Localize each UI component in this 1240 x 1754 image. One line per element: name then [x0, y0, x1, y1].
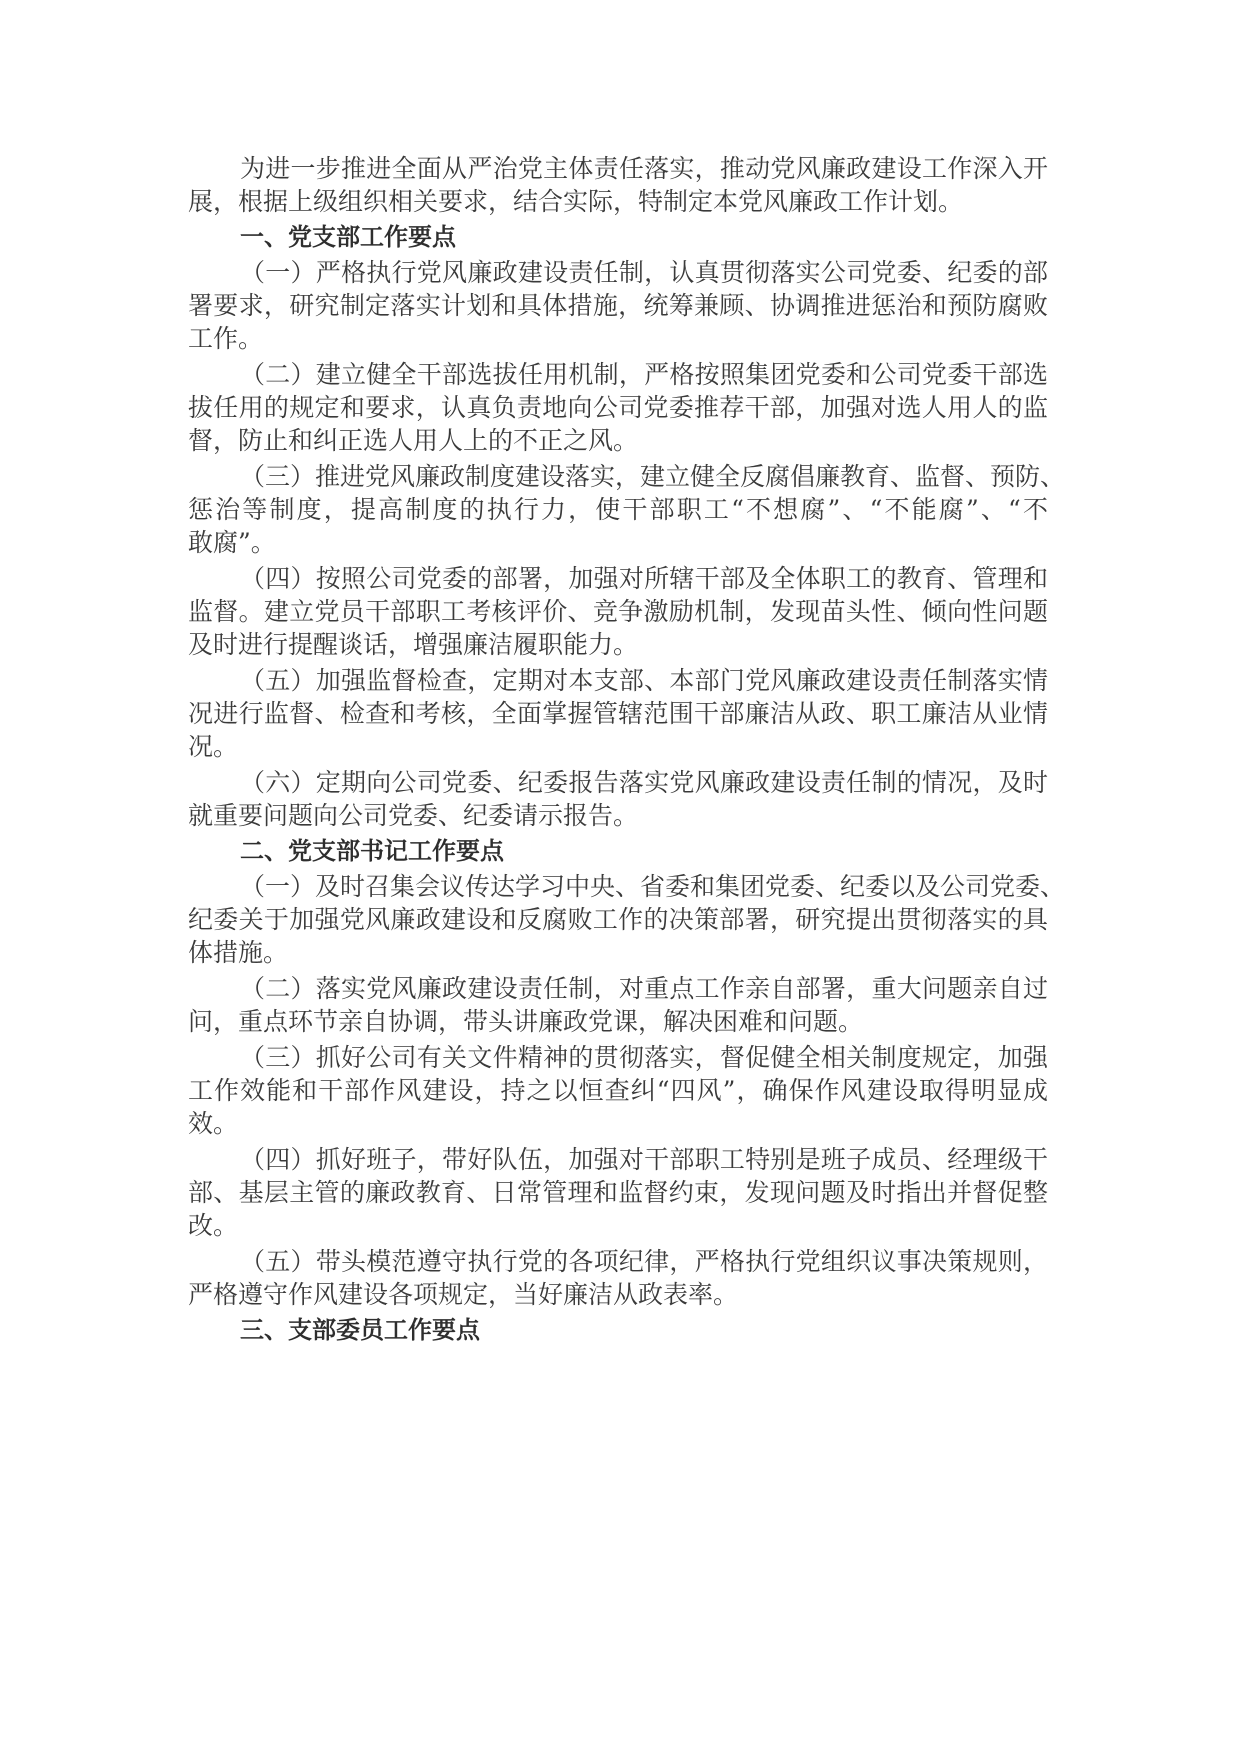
section2-item-3: （三）抓好公司有关文件精神的贯彻落实，督促健全相关制度规定，加强 工作效能和干部… [188, 1041, 1048, 1140]
heading-text: 一、党支部工作要点 [188, 221, 1048, 254]
text-line: 体措施。 [188, 936, 1048, 969]
text-line: 督，防止和纠正选人用人上的不正之风。 [188, 424, 1048, 457]
text-line: 敢腐”。 [188, 526, 1048, 559]
text-line: 效。 [188, 1107, 1048, 1140]
section1-item-3: （三）推进党风廉政制度建设落实，建立健全反腐倡廉教育、监督、预防、 惩治等制度，… [188, 460, 1048, 559]
text-line: （三）推进党风廉政制度建设落实，建立健全反腐倡廉教育、监督、预防、 [188, 460, 1048, 493]
text-line: 及时进行提醒谈话，增强廉洁履职能力。 [188, 628, 1048, 661]
intro-paragraph: 为进一步推进全面从严治党主体责任落实，推动党风廉政建设工作深入开 展，根据上级组… [188, 152, 1048, 218]
section2-item-2: （二）落实党风廉政建设责任制，对重点工作亲自部署，重大问题亲自过 问，重点环节亲… [188, 972, 1048, 1038]
text-line: 况进行监督、检查和考核，全面掌握管辖范围干部廉洁从政、职工廉洁从业情 [188, 697, 1048, 730]
text-line: （四）抓好班子，带好队伍，加强对干部职工特别是班子成员、经理级干 [188, 1143, 1048, 1176]
section1-item-4: （四）按照公司党委的部署，加强对所辖干部及全体职工的教育、管理和 监督。建立党员… [188, 562, 1048, 661]
section-heading-3: 三、支部委员工作要点 [188, 1314, 1048, 1347]
section2-item-5: （五）带头模范遵守执行党的各项纪律，严格执行党组织议事决策规则， 严格遵守作风建… [188, 1245, 1048, 1311]
section1-item-6: （六）定期向公司党委、纪委报告落实党风廉政建设责任制的情况，及时 就重要问题向公… [188, 766, 1048, 832]
text-line: 问，重点环节亲自协调，带头讲廉政党课，解决困难和问题。 [188, 1005, 1048, 1038]
text-line: 工作效能和干部作风建设，持之以恒查纠“四风”，确保作风建设取得明显成 [188, 1074, 1048, 1107]
text-line: （五）加强监督检查，定期对本支部、本部门党风廉政建设责任制落实情 [188, 664, 1048, 697]
text-line: 为进一步推进全面从严治党主体责任落实，推动党风廉政建设工作深入开 [188, 152, 1048, 185]
text-line: （一）严格执行党风廉政建设责任制，认真贯彻落实公司党委、纪委的部 [188, 256, 1048, 289]
text-line: 纪委关于加强党风廉政建设和反腐败工作的决策部署，研究提出贯彻落实的具 [188, 903, 1048, 936]
text-line: 改。 [188, 1209, 1048, 1242]
text-line: 况。 [188, 730, 1048, 763]
text-line: 展，根据上级组织相关要求，结合实际，特制定本党风廉政工作计划。 [188, 185, 1048, 218]
section-heading-1: 一、党支部工作要点 [188, 221, 1048, 254]
heading-text: 二、党支部书记工作要点 [188, 835, 1048, 868]
section2-item-4: （四）抓好班子，带好队伍，加强对干部职工特别是班子成员、经理级干 部、基层主管的… [188, 1143, 1048, 1242]
text-line: （四）按照公司党委的部署，加强对所辖干部及全体职工的教育、管理和 [188, 562, 1048, 595]
text-line: 拔任用的规定和要求，认真负责地向公司党委推荐干部，加强对选人用人的监 [188, 391, 1048, 424]
text-line: （二）建立健全干部选拔任用机制，严格按照集团党委和公司党委干部选 [188, 358, 1048, 391]
text-line: （二）落实党风廉政建设责任制，对重点工作亲自部署，重大问题亲自过 [188, 972, 1048, 1005]
text-line: 署要求，研究制定落实计划和具体措施，统筹兼顾、协调推进惩治和预防腐败 [188, 289, 1048, 322]
section2-item-1: （一）及时召集会议传达学习中央、省委和集团党委、纪委以及公司党委、 纪委关于加强… [188, 870, 1048, 969]
text-line: （一）及时召集会议传达学习中央、省委和集团党委、纪委以及公司党委、 [188, 870, 1048, 903]
section-heading-2: 二、党支部书记工作要点 [188, 835, 1048, 868]
section1-item-5: （五）加强监督检查，定期对本支部、本部门党风廉政建设责任制落实情 况进行监督、检… [188, 664, 1048, 763]
document-page: 为进一步推进全面从严治党主体责任落实，推动党风廉政建设工作深入开 展，根据上级组… [188, 152, 1048, 1349]
heading-text: 三、支部委员工作要点 [188, 1314, 1048, 1347]
text-line: （三）抓好公司有关文件精神的贯彻落实，督促健全相关制度规定，加强 [188, 1041, 1048, 1074]
section1-item-2: （二）建立健全干部选拔任用机制，严格按照集团党委和公司党委干部选 拔任用的规定和… [188, 358, 1048, 457]
text-line: 部、基层主管的廉政教育、日常管理和监督约束，发现问题及时指出并督促整 [188, 1176, 1048, 1209]
text-line: 监督。建立党员干部职工考核评价、竞争激励机制，发现苗头性、倾向性问题 [188, 595, 1048, 628]
text-line: 严格遵守作风建设各项规定，当好廉洁从政表率。 [188, 1278, 1048, 1311]
text-line: 工作。 [188, 322, 1048, 355]
text-line: 就重要问题向公司党委、纪委请示报告。 [188, 799, 1048, 832]
text-line: 惩治等制度，提高制度的执行力，使干部职工“不想腐”、“不能腐”、“不 [188, 493, 1048, 526]
text-line: （六）定期向公司党委、纪委报告落实党风廉政建设责任制的情况，及时 [188, 766, 1048, 799]
text-line: （五）带头模范遵守执行党的各项纪律，严格执行党组织议事决策规则， [188, 1245, 1048, 1278]
section1-item-1: （一）严格执行党风廉政建设责任制，认真贯彻落实公司党委、纪委的部 署要求，研究制… [188, 256, 1048, 355]
